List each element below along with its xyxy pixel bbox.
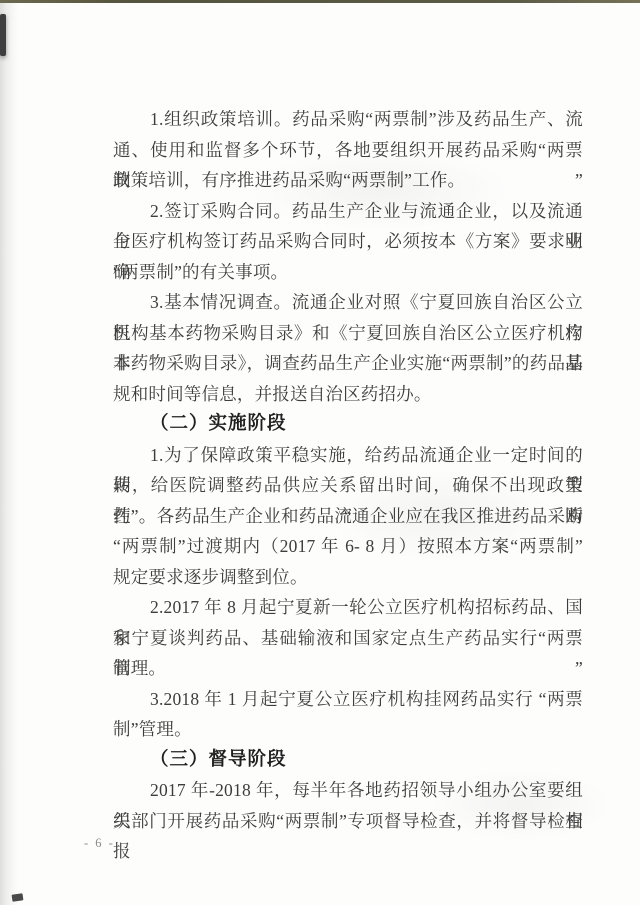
text-line: 3.2018 年 1 月起宁夏公立医疗机构挂网药品实行 “两票 <box>113 684 583 715</box>
text-line: 关部门开展药品采购“两票制”专项督导检查，并将督导检查报 <box>113 806 583 837</box>
document-page: 1.组织政策培训。药品采购“两票制”涉及药品生产、流通、使用和监督多个环节，各地… <box>0 0 640 905</box>
text-line: 制”管理。 <box>113 714 583 745</box>
text-line: 期，给医院调整药品供应关系留出时间，确保不出现政策性“断 <box>113 470 583 501</box>
text-line: 药”。各药品生产企业和药品流通企业应在我区推进药品采购 <box>113 501 583 532</box>
text-line: 1.组织政策培训。药品采购“两票制”涉及药品生产、流 <box>113 104 583 135</box>
text-line: 与医疗机构签订药品采购合同时，必须按本《方案》要求明确 <box>113 226 583 257</box>
scan-top-edge-artifact <box>0 0 640 3</box>
text-line: “两票制”过渡期内（2017 年 6- 8 月）按照本方案“两票制” <box>113 531 583 562</box>
text-line: 通、使用和监督多个环节，各地要组织开展药品采购“两票制” <box>113 135 583 166</box>
section-heading: （二）实施阶段 <box>113 409 583 440</box>
text-line: 2.2017 年 8 月起宁夏新一轮公立医疗机构招标药品、国家 <box>113 592 583 623</box>
document-body: 1.组织政策培训。药品采购“两票制”涉及药品生产、流通、使用和监督多个环节，各地… <box>113 104 583 836</box>
page-number: - 6 - <box>84 836 115 851</box>
text-line: 2017 年-2018 年，每半年各地药招领导小组办公室要组织相 <box>113 775 583 806</box>
scan-corner-smudge <box>0 14 6 56</box>
section-heading: （三）督导阶段 <box>113 745 583 776</box>
text-line: 和宁夏谈判药品、基础输液和国家定点生产药品实行“两票制” <box>113 623 583 654</box>
text-line: 2.签订采购合同。药品生产企业与流通企业，以及流通企业 <box>113 196 583 227</box>
text-line: 规和时间等信息，并报送自治区药招办。 <box>113 379 583 410</box>
scan-bottom-smudge <box>12 893 24 901</box>
text-line: 规定要求逐步调整到位。 <box>113 562 583 593</box>
text-line: 机构基本药物采购目录》和《宁夏回族自治区公立医疗机构非基 <box>113 318 583 349</box>
text-line: 1.为了保障政策平稳实施，给药品流通企业一定时间的转型 <box>113 440 583 471</box>
text-line: 本药物采购目录》，调查药品生产企业实施“两票制”的药品品 <box>113 348 583 379</box>
scan-left-shadow <box>0 3 18 905</box>
text-line: 3.基本情况调查。流通企业对照《宁夏回族自治区公立医疗 <box>113 287 583 318</box>
text-line: “两票制”的有关事项。 <box>113 257 583 288</box>
